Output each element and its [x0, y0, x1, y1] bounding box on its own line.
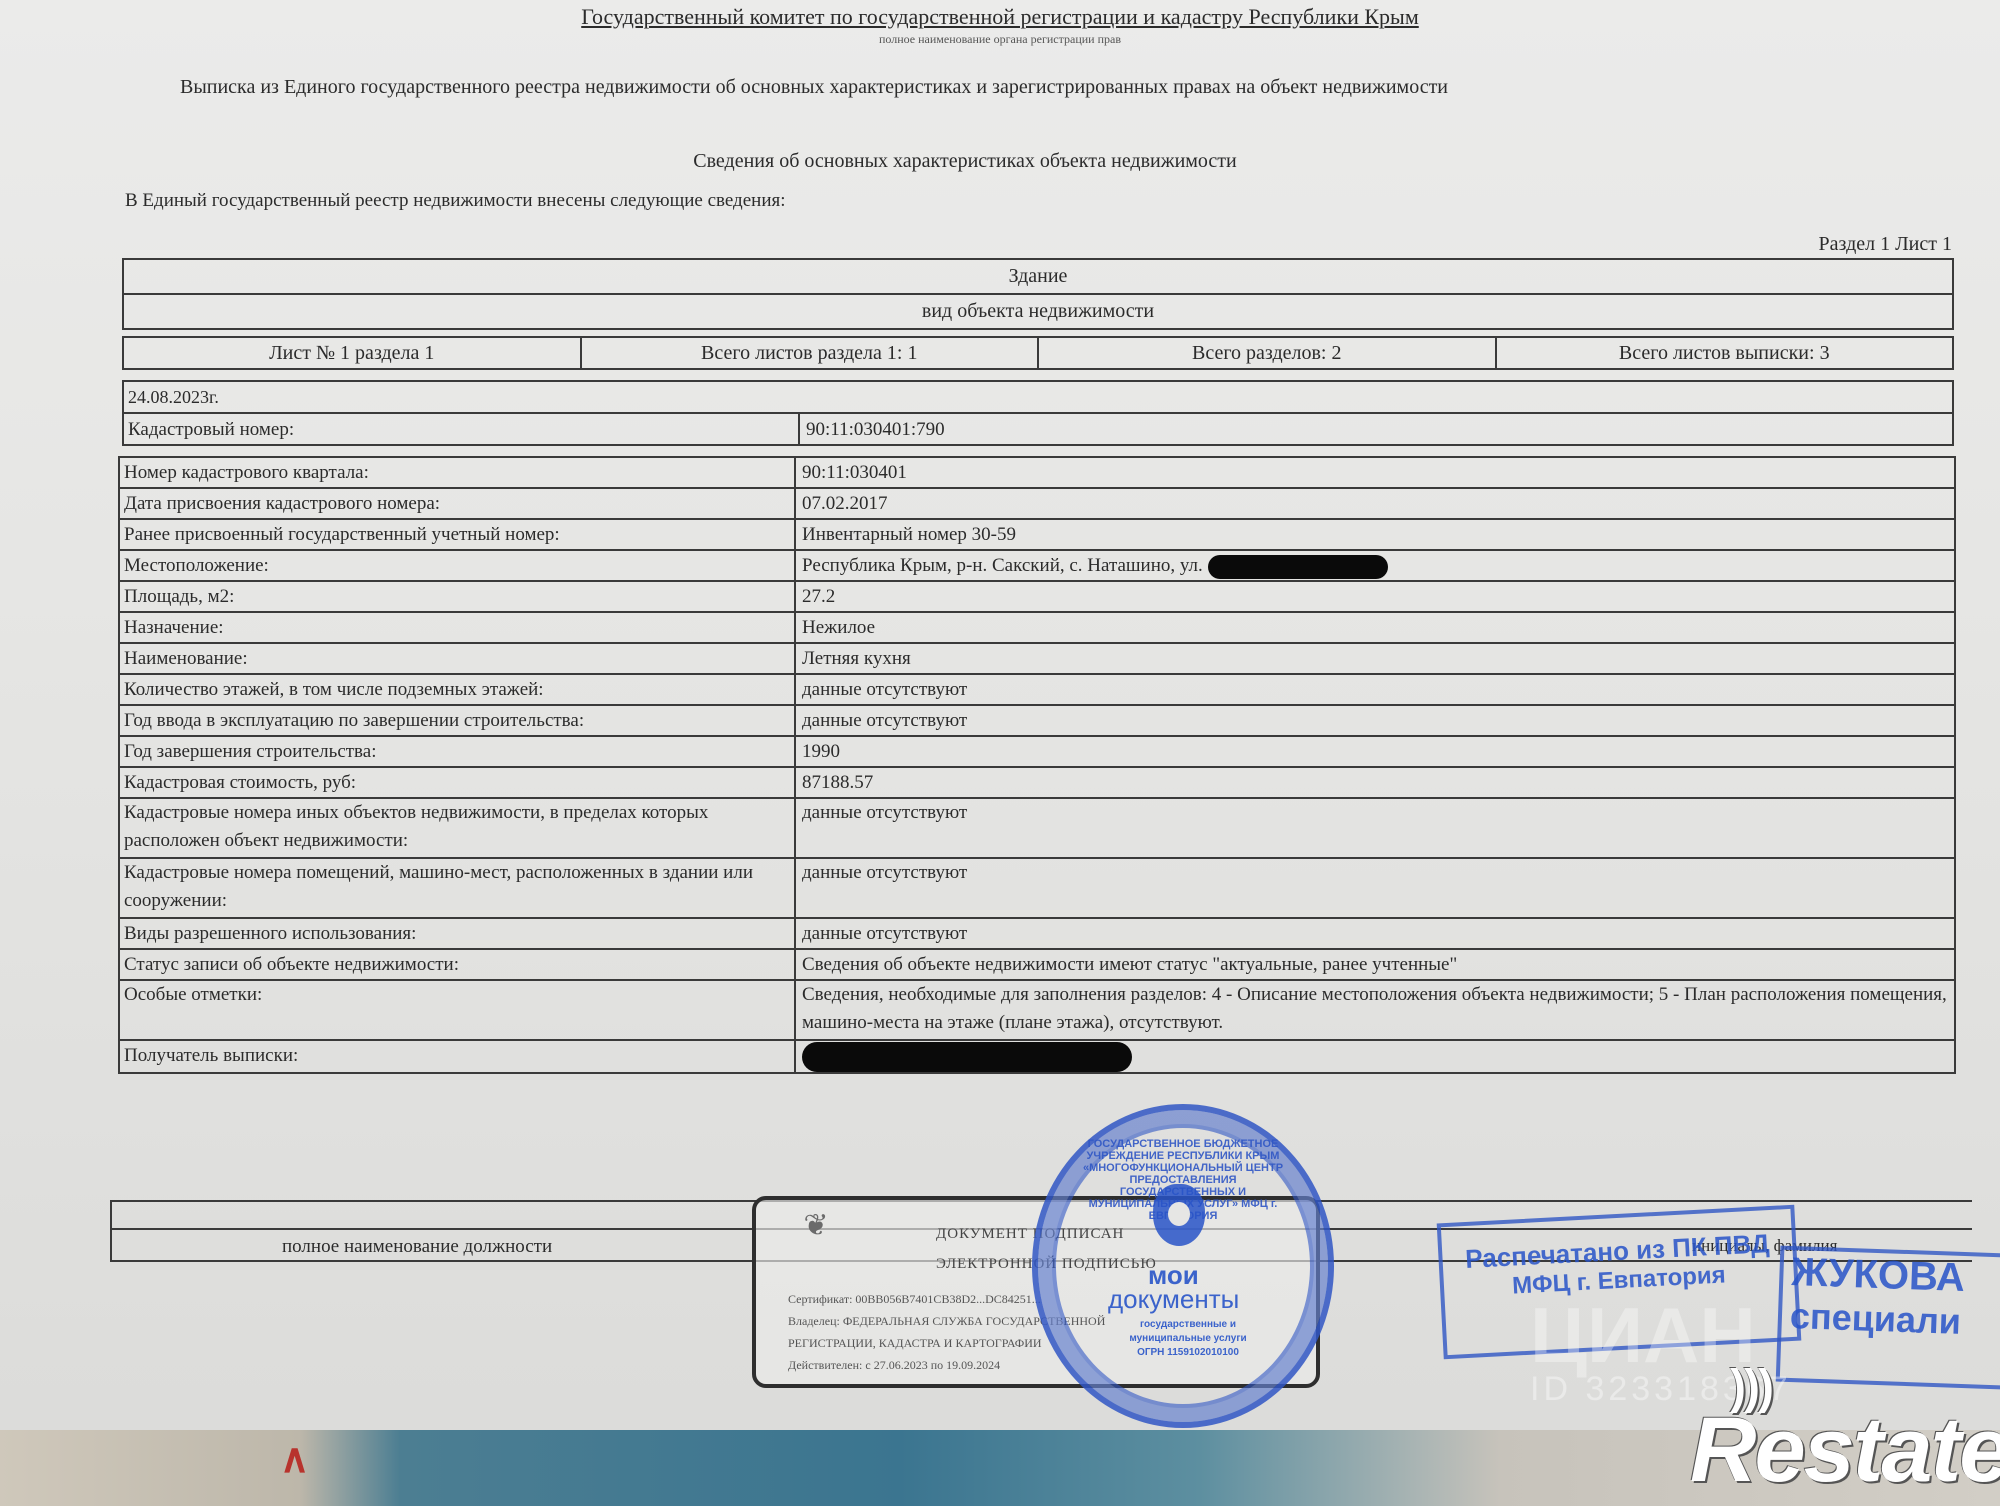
field-label: Количество этажей, в том числе подземных…: [120, 675, 796, 704]
characteristics-table: Номер кадастрового квартала:90:11:030401…: [118, 456, 1956, 1074]
cadastral-number-row: Кадастровый номер: 90:11:030401:790: [124, 414, 1952, 445]
extract-date: 24.08.2023г.: [124, 382, 1952, 414]
table-row: Местоположение:Республика Крым, р-н. Сак…: [120, 551, 1954, 582]
field-value: 27.2: [796, 582, 1954, 611]
field-value: данные отсутствуют: [796, 919, 1954, 948]
redaction-mark: [802, 1042, 1132, 1072]
table-row: Кадастровые номера помещений, машино-мес…: [120, 859, 1954, 919]
field-label: Кадастровые номера помещений, машино-мес…: [120, 859, 796, 917]
field-label: Кадастровый номер:: [124, 414, 800, 445]
field-value: Сведения, необходимые для заполнения раз…: [796, 981, 1954, 1039]
field-label: Назначение:: [120, 613, 796, 642]
field-label: Виды разрешенного использования:: [120, 919, 796, 948]
extract-sheets-total: Всего листов выписки: 3: [1497, 338, 1953, 368]
redaction-mark: [1208, 555, 1388, 579]
object-type-box: Здание вид объекта недвижимости: [122, 258, 1954, 330]
field-label: Площадь, м2:: [120, 582, 796, 611]
specialist-stamp: ЖУКОВА специали: [1776, 1246, 2000, 1391]
field-label: Особые отметки:: [120, 981, 796, 1039]
table-row: Площадь, м2:27.2: [120, 582, 1954, 613]
stamp-subtext: государственные и муниципальные услуги О…: [1118, 1318, 1258, 1360]
intro-text: В Единый государственный реестр недвижим…: [125, 190, 786, 212]
table-row: Назначение:Нежилое: [120, 613, 1954, 644]
stamp-ogrn: ОГРН 1159102010100: [1118, 1346, 1258, 1360]
field-value: 90:11:030401: [796, 458, 1954, 487]
field-value: Сведения об объекте недвижимости имеют с…: [796, 950, 1954, 979]
field-value-location: Республика Крым, р-н. Сакский, с. Наташи…: [796, 551, 1954, 580]
field-label: Кадастровые номера иных объектов недвижи…: [120, 799, 796, 857]
field-label: Наименование:: [120, 644, 796, 673]
section-title: Сведения об основных характеристиках объ…: [0, 150, 1930, 173]
signal-waves-icon: ))): [1730, 1360, 1772, 1415]
table-row: Виды разрешенного использования:данные о…: [120, 919, 1954, 950]
emblem-icon: ❦: [796, 1208, 836, 1260]
date-cadastral-box: 24.08.2023г. Кадастровый номер: 90:11:03…: [122, 380, 1954, 446]
sheet-number: Лист № 1 раздела 1: [124, 338, 582, 368]
section-sheets-total: Всего листов раздела 1: 1: [582, 338, 1040, 368]
sheet-meta-row: Лист № 1 раздела 1 Всего листов раздела …: [122, 336, 1954, 370]
specialist-title: специали: [1789, 1295, 2000, 1345]
field-value: данные отсутствуют: [796, 675, 1954, 704]
table-row: Наименование:Летняя кухня: [120, 644, 1954, 675]
field-label: Год ввода в эксплуатацию по завершении с…: [120, 706, 796, 735]
cian-watermark: ЦИАН: [1530, 1290, 1756, 1381]
location-text: Республика Крым, р-н. Сакский, с. Наташи…: [802, 555, 1203, 576]
field-value: данные отсутствуют: [796, 859, 1954, 917]
table-row: Статус записи об объекте недвижимости:Св…: [120, 950, 1954, 981]
field-label: Дата присвоения кадастрового номера:: [120, 489, 796, 518]
field-value: 07.02.2017: [796, 489, 1954, 518]
mfc-round-stamp: ГОСУДАРСТВЕННОЕ БЮДЖЕТНОЕ УЧРЕЖДЕНИЕ РЕС…: [1032, 1104, 1334, 1428]
sheet-reference: Раздел 1 Лист 1: [1819, 233, 1952, 256]
document-page: Государственный комитет по государственн…: [0, 0, 2000, 1430]
organization-name: Государственный комитет по государственн…: [0, 4, 2000, 30]
field-value: данные отсутствуют: [796, 799, 1954, 857]
field-label: Ранее присвоенный государственный учетны…: [120, 520, 796, 549]
field-label: Номер кадастрового квартала:: [120, 458, 796, 487]
field-label: Кадастровая стоимость, руб:: [120, 768, 796, 797]
table-row: Номер кадастрового квартала:90:11:030401: [120, 458, 1954, 489]
table-row: Дата присвоения кадастрового номера:07.0…: [120, 489, 1954, 520]
background-object: ∧: [280, 1436, 310, 1476]
field-value: Летняя кухня: [796, 644, 1954, 673]
field-value: 87188.57: [796, 768, 1954, 797]
field-label: Статус записи об объекте недвижимости:: [120, 950, 796, 979]
document-title: Выписка из Единого государственного реес…: [180, 76, 1448, 99]
field-value: Инвентарный номер 30-59: [796, 520, 1954, 549]
restate-watermark: ))) Restate: [1690, 1398, 2000, 1503]
table-row: Количество этажей, в том числе подземных…: [120, 675, 1954, 706]
stamp-services: государственные и муниципальные услуги: [1118, 1318, 1258, 1346]
field-value: 1990: [796, 737, 1954, 766]
field-value-recipient: [796, 1041, 1954, 1072]
table-row: Ранее присвоенный государственный учетны…: [120, 520, 1954, 551]
table-row: Получатель выписки:: [120, 1041, 1954, 1072]
organization-caption: полное наименование органа регистрации п…: [0, 32, 2000, 47]
field-label: Год завершения строительства:: [120, 737, 796, 766]
object-type: Здание: [124, 260, 1952, 293]
sections-total: Всего разделов: 2: [1039, 338, 1497, 368]
position-caption: полное наименование должности: [282, 1236, 552, 1258]
table-row: Год завершения строительства:1990: [120, 737, 1954, 768]
object-type-caption: вид объекта недвижимости: [124, 293, 1952, 328]
table-row: Год ввода в эксплуатацию по завершении с…: [120, 706, 1954, 737]
field-value: данные отсутствуют: [796, 706, 1954, 735]
table-row: Кадастровые номера иных объектов недвижи…: [120, 799, 1954, 859]
table-row: Кадастровая стоимость, руб:87188.57: [120, 768, 1954, 799]
stamp-brand-line2: документы: [1108, 1284, 1239, 1315]
field-value: Нежилое: [796, 613, 1954, 642]
table-row: Особые отметки:Сведения, необходимые для…: [120, 981, 1954, 1041]
my-documents-logo-icon: [1153, 1184, 1205, 1246]
cadastral-number: 90:11:030401:790: [800, 414, 1952, 445]
field-label: Местоположение:: [120, 551, 796, 580]
field-label: Получатель выписки:: [120, 1041, 796, 1072]
